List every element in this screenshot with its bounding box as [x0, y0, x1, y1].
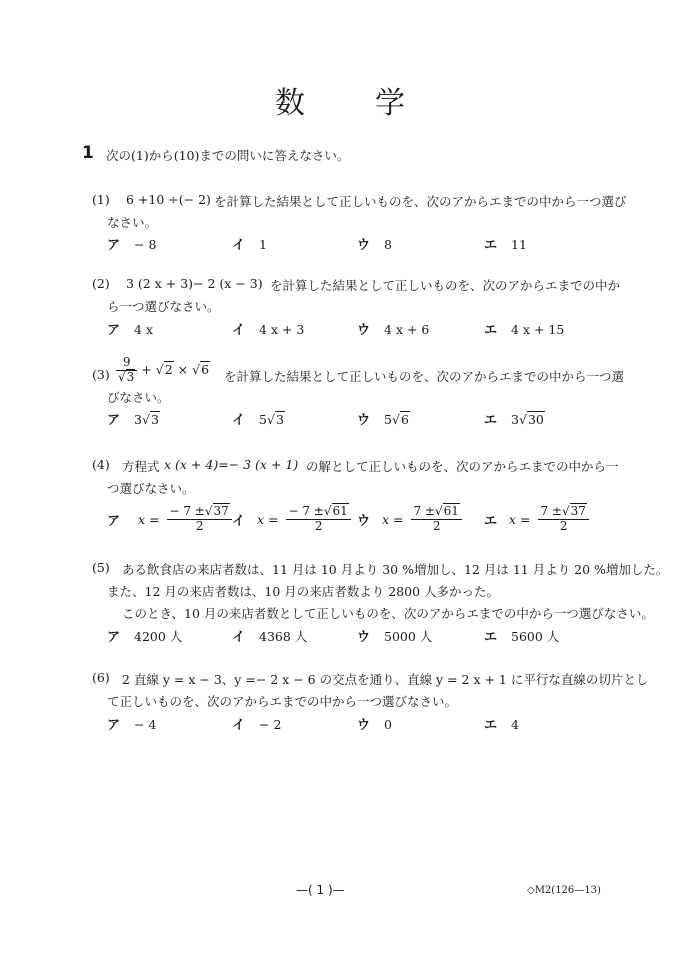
question-text-line2: びなさい。 [107, 388, 170, 406]
section-number: 1 [82, 143, 94, 163]
question-text-line2: つ選びなさい。 [107, 479, 195, 497]
question-text-line1: を計算した結果として正しいものを、次のアからエまでの中か [270, 276, 620, 294]
section-instruction: 次の(1)から(10)までの問いに答えなさい。 [106, 146, 349, 164]
question-text-line2: また、12 月の来店者数は、10 月の来店者数より 2800 人多かった。 [107, 582, 499, 600]
choice-a: ア x = − 7 ±√372 [107, 505, 232, 534]
choice-u: ウ x = 7 ±√612 [357, 505, 462, 534]
question-label: (4) [92, 457, 110, 472]
choice-a: ア− 4 [107, 714, 156, 733]
choice-e: エ4 x + 15 [484, 319, 564, 338]
question-expression: 3 (2 x + 3)− 2 (x − 3) [126, 276, 263, 291]
choice-u: ウ5000 人 [357, 626, 432, 645]
choice-a: ア3√3 [107, 409, 160, 428]
question-text-line1: 2 直線 y = x − 3、y =− 2 x − 6 の交点を通り、直線 y … [122, 670, 648, 688]
question-label: (3) [92, 367, 110, 382]
choice-e: エ5600 人 [484, 626, 559, 645]
choice-i: イ4 x + 3 [232, 319, 304, 338]
question-label: (2) [92, 276, 110, 291]
choice-u: ウ0 [357, 714, 392, 733]
page-title: 数学 [0, 78, 680, 122]
choice-i: イ x = − 7 ±√612 [232, 505, 351, 534]
choice-e: エ3√30 [484, 409, 545, 428]
question-expression: 9 √3 + √2 × √6 [116, 356, 210, 385]
choice-a: ア− 8 [107, 234, 156, 253]
fraction: 9 √3 [116, 356, 137, 385]
question-label: (5) [92, 560, 110, 575]
question-label: (6) [92, 670, 110, 685]
question-expression: 6 +10 ÷(− 2) [126, 192, 211, 207]
choice-i: イ− 2 [232, 714, 281, 733]
choice-e: エ x = 7 ±√372 [484, 505, 589, 534]
question-text-line1: ある飲食店の来店者数は、11 月は 10 月より 30 %増加し、12 月は 1… [122, 560, 668, 578]
page-number: —( 1 )— [296, 883, 345, 897]
title-char-2: 学 [375, 78, 405, 122]
question-text-line3: このとき、10 月の来店者数として正しいものを、次のアからエまでの中から一つ選び… [122, 604, 654, 622]
question-prefix: 方程式 [122, 457, 160, 475]
choice-u: ウ8 [357, 234, 392, 253]
choice-u: ウ4 x + 6 [357, 319, 429, 338]
choice-i: イ5√3 [232, 409, 285, 428]
question-text-line2: ら一つ選びなさい。 [107, 297, 220, 315]
choice-i: イ1 [232, 234, 267, 253]
question-text-line1: を計算した結果として正しいものを、次のアからエまでの中から一つ選び [214, 192, 627, 210]
choice-a: ア4200 人 [107, 626, 182, 645]
question-label: (1) [92, 192, 110, 207]
question-text-line1: の解として正しいものを、次のアからエまでの中から一 [306, 457, 619, 475]
question-text-line2: て正しいものを、次のアからエまでの中から一つ選びなさい。 [107, 692, 457, 710]
choice-e: エ11 [484, 234, 527, 253]
choice-i: イ4368 人 [232, 626, 307, 645]
choice-e: エ4 [484, 714, 519, 733]
question-text-line2: なさい。 [107, 213, 157, 231]
document-code: ◇M2(126—13) [527, 885, 601, 896]
choice-u: ウ5√6 [357, 409, 410, 428]
choice-a: ア4 x [107, 319, 153, 338]
question-text-line1: を計算した結果として正しいものを、次のアからエまでの中から一つ選 [224, 367, 624, 385]
title-char-1: 数 [275, 78, 305, 122]
question-expression: x (x + 4)=− 3 (x + 1) [164, 457, 298, 472]
